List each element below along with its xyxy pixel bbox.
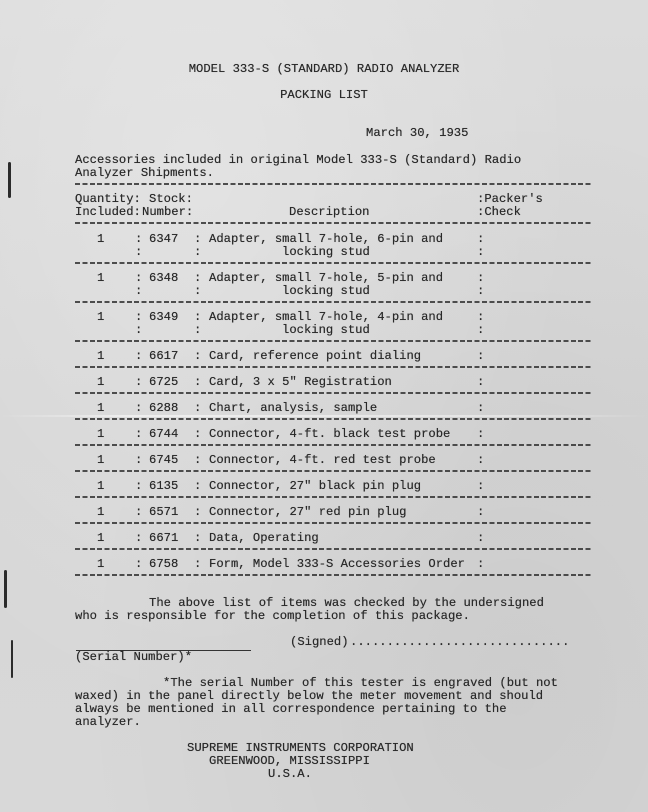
document-subtitle: PACKING LIST (0, 89, 648, 102)
packer-check-cell[interactable]: : (477, 558, 484, 571)
stock-number-cell: 6135 (149, 480, 178, 493)
staple-mark (4, 570, 7, 608)
description-cell: Card, 3 x 5" Registration (209, 376, 392, 389)
header-stock-line2: Number: (142, 206, 193, 219)
signed-label: (Signed) (290, 636, 349, 649)
table-rule (75, 262, 591, 264)
description-cell: Connector, 27" red pin plug (209, 506, 406, 519)
quantity-cell: 1 (97, 402, 104, 415)
packer-check-cell[interactable]: : (477, 506, 484, 519)
quantity-cell: 1 (97, 454, 104, 467)
packer-check-cell[interactable]: : (477, 402, 484, 415)
quantity-cell: 1 (97, 350, 104, 363)
column-separator: : (194, 428, 201, 441)
column-separator: : (135, 285, 142, 298)
quantity-cell: 1 (97, 558, 104, 571)
staple-mark (11, 640, 13, 678)
description-cell: Card, reference point dialing (209, 350, 421, 363)
table-rule (75, 522, 591, 524)
column-separator: : (135, 454, 142, 467)
stock-number-cell: 6617 (149, 350, 178, 363)
stock-number-cell: 6347 (149, 233, 178, 246)
table-rule (75, 183, 591, 185)
packer-check-cell[interactable]: : (477, 324, 484, 337)
stock-number-cell: 6671 (149, 532, 178, 545)
table-rule (75, 301, 591, 303)
packer-check-cell[interactable]: : (477, 480, 484, 493)
header-quantity-line2: Included: (75, 206, 141, 219)
packer-check-cell[interactable]: : (477, 376, 484, 389)
stock-number-cell: 6725 (149, 376, 178, 389)
stock-number-cell: 6349 (149, 311, 178, 324)
stock-number-cell: 6744 (149, 428, 178, 441)
packer-check-cell[interactable]: : (477, 246, 484, 259)
table-rule (75, 418, 591, 420)
document-date: March 30, 1935 (366, 127, 468, 140)
description-cell: Connector, 4-ft. red test probe (209, 454, 436, 467)
column-separator: : (194, 285, 201, 298)
stock-number-cell: 6758 (149, 558, 178, 571)
quantity-cell: 1 (97, 272, 104, 285)
column-separator: : (194, 350, 201, 363)
stock-number-cell: 6571 (149, 506, 178, 519)
staple-mark (8, 162, 11, 198)
intro-text-line2: Analyzer Shipments. (75, 167, 214, 180)
column-separator: : (135, 506, 142, 519)
table-rule (75, 392, 591, 394)
footnote-line4: analyzer. (75, 716, 141, 729)
packer-check-cell[interactable]: : (477, 428, 484, 441)
table-rule (75, 340, 591, 342)
quantity-cell: 1 (97, 480, 104, 493)
column-separator: : (194, 324, 201, 337)
column-separator: : (135, 376, 142, 389)
column-separator: : (194, 480, 201, 493)
description-cell: Data, Operating (209, 532, 319, 545)
column-separator: : (194, 558, 201, 571)
table-rule (75, 496, 591, 498)
header-description: Description (289, 206, 369, 219)
table-rule (75, 222, 591, 224)
column-separator: : (194, 454, 201, 467)
column-separator: : (194, 402, 201, 415)
stock-number-cell: 6745 (149, 454, 178, 467)
description-continuation: locking stud (282, 324, 370, 337)
table-rule (75, 470, 591, 472)
statement-line2: who is responsible for the completion of… (75, 610, 470, 623)
quantity-cell: 1 (97, 532, 104, 545)
document-title: MODEL 333-S (STANDARD) RADIO ANALYZER (0, 63, 648, 76)
company-country: U.S.A. (268, 768, 312, 781)
column-separator: : (135, 558, 142, 571)
table-rule (75, 444, 591, 446)
description-continuation: locking stud (282, 246, 370, 259)
serial-number-label: (Serial Number)* (75, 651, 192, 664)
column-separator: : (135, 324, 142, 337)
description-cell: Connector, 27" black pin plug (209, 480, 421, 493)
description-continuation: locking stud (282, 285, 370, 298)
packer-check-cell[interactable]: : (477, 350, 484, 363)
column-separator: : (194, 532, 201, 545)
quantity-cell: 1 (97, 311, 104, 324)
table-rule (75, 548, 591, 550)
column-separator: : (194, 246, 201, 259)
column-separator: : (135, 246, 142, 259)
column-separator: : (135, 532, 142, 545)
table-rule (75, 574, 591, 576)
description-cell: Chart, analysis, sample (209, 402, 377, 415)
packer-check-cell[interactable]: : (477, 532, 484, 545)
header-check-line2: :Check (477, 206, 521, 219)
quantity-cell: 1 (97, 428, 104, 441)
packer-check-cell[interactable]: : (477, 285, 484, 298)
quantity-cell: 1 (97, 506, 104, 519)
signature-line[interactable]: .............................. (350, 636, 569, 649)
paper-fold (0, 415, 648, 417)
column-separator: : (194, 376, 201, 389)
description-cell: Form, Model 333-S Accessories Order (209, 558, 465, 571)
column-separator: : (135, 428, 142, 441)
column-separator: : (194, 506, 201, 519)
stock-number-cell: 6288 (149, 402, 178, 415)
column-separator: : (135, 350, 142, 363)
column-separator: : (135, 480, 142, 493)
table-rule (75, 366, 591, 368)
description-cell: Connector, 4-ft. black test probe (209, 428, 450, 441)
stock-number-cell: 6348 (149, 272, 178, 285)
quantity-cell: 1 (97, 376, 104, 389)
column-separator: : (135, 402, 142, 415)
packer-check-cell[interactable]: : (477, 454, 484, 467)
quantity-cell: 1 (97, 233, 104, 246)
